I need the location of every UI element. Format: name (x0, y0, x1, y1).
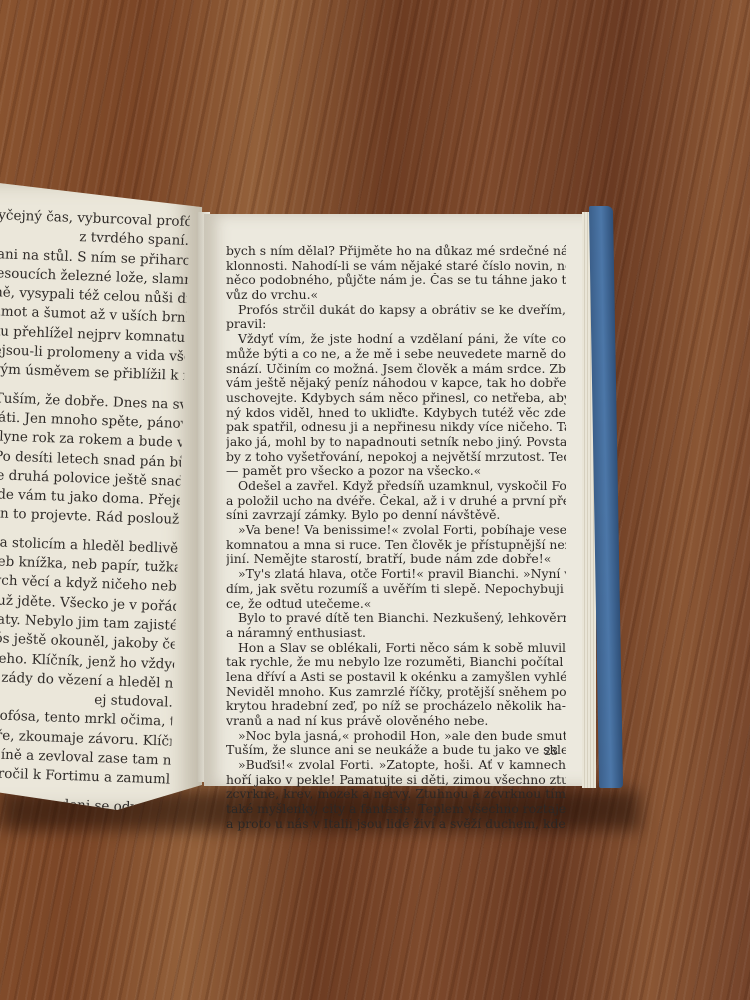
text-line: vranů a nad ní kus právě olověného nebe. (226, 714, 566, 729)
text-line: jako já, mohl by to napadnouti setník ne… (226, 435, 566, 450)
text-line: hoří jako v pekle! Pamatujte si děti, zi… (226, 773, 566, 788)
text-line: by z toho vyšetřování, nepokoj a největš… (226, 450, 566, 465)
text-line: klonnosti. Nahodí-li se vám nějaké staré… (226, 259, 566, 274)
text-line: Tuším, že slunce ani se neukáže a bude t… (226, 743, 566, 758)
text-line: vám ještě nějaký peníz náhodou v kapce, … (226, 376, 566, 391)
text-line: ce, že odtud utečeme.« (226, 597, 566, 612)
text-line: síni zavrzají zámky. Bylo po denní návšt… (226, 508, 566, 523)
text-line: »Noc byla jasná,« prohodil Hon, »ale den… (226, 729, 566, 744)
text-line: pravil: (226, 317, 566, 332)
text-line: něco podobného, půjčte nám je. Čas se tu… (226, 273, 566, 288)
text-line: Bylo to pravé dítě ten Bianchi. Nezkušen… (226, 611, 566, 626)
right-page-text: bych s ním dělal? Přijměte ho na důkaz m… (226, 244, 566, 832)
left-page: byčejný čas, vyburcoval profós ra-z tvrd… (0, 182, 202, 810)
text-line: zcvrkne, krev, mozek a nervy. Ztuhnou a … (226, 787, 566, 802)
text-line: — pamět pro všecko a pozor na všecko.« (226, 464, 566, 479)
text-line: tak rychle, že mu nebylo lze rozuměti, B… (226, 655, 566, 670)
text-line: jiní. Nemějte starostí, bratří, bude nám… (226, 552, 566, 567)
text-line: bych s ním dělal? Přijměte ho na důkaz m… (226, 244, 566, 259)
page-number: 23 (544, 745, 558, 758)
text-line: Odešel a zavřel. Když předsíň uzamknul, … (226, 479, 566, 494)
text-line: dím, jak světu rozumíš a uvěřím ti slepě… (226, 582, 566, 597)
text-line: snází. Učiním co možná. Jsem člověk a má… (226, 362, 566, 377)
text-line: komnatou a mna si ruce. Ten člověk je př… (226, 538, 566, 553)
text-line: krytou hradební zeď, po níž se procházel… (226, 699, 566, 714)
text-line: a proto u nás v Italii jsou lidé živí a … (226, 817, 566, 832)
text-line: Profós strčil dukát do kapsy a obrátiv s… (226, 303, 566, 318)
text-line: Hon a Slav se oblékali, Forti něco sám k… (226, 641, 566, 656)
text-line: a položil ucho na dvéře. Čekal, až i v d… (226, 494, 566, 509)
text-line: uschovejte. Kdybych sám něco přinesl, co… (226, 391, 566, 406)
text-line: také myšlenky, city a fantasie. Teplem v… (226, 802, 566, 817)
text-line: Vždyť vím, že jste hodní a vzdělaní páni… (226, 332, 566, 347)
text-line: vůz do vrchu.« (226, 288, 566, 303)
text-line: »Ty's zlatá hlava, otče Forti!« pravil B… (226, 567, 566, 582)
text-line: Neviděl mnoho. Kus zamrzlé říčky, protěj… (226, 685, 566, 700)
text-line: pak spatřil, odnesu ji a nepřinesu nikdy… (226, 420, 566, 435)
left-page-text: byčejný čas, vyburcoval profós ra-z tvrd… (0, 206, 190, 810)
text-line: »Buďsi!« zvolal Forti. »Zatopte, hoši. A… (226, 758, 566, 773)
text-line: a náramný enthusiast. (226, 626, 566, 641)
text-line: »Va bene! Va benissime!« zvolal Forti, p… (226, 523, 566, 538)
right-page: bych s ním dělal? Přijměte ho na důkaz m… (204, 214, 588, 786)
text-line: lena dříví a Asti se postavil k okénku a… (226, 670, 566, 685)
text-line: může býti a co ne, a že mě i sebe neuved… (226, 347, 566, 362)
text-line: ný kdos viděl, hned to ukliďte. Kdybych … (226, 406, 566, 421)
